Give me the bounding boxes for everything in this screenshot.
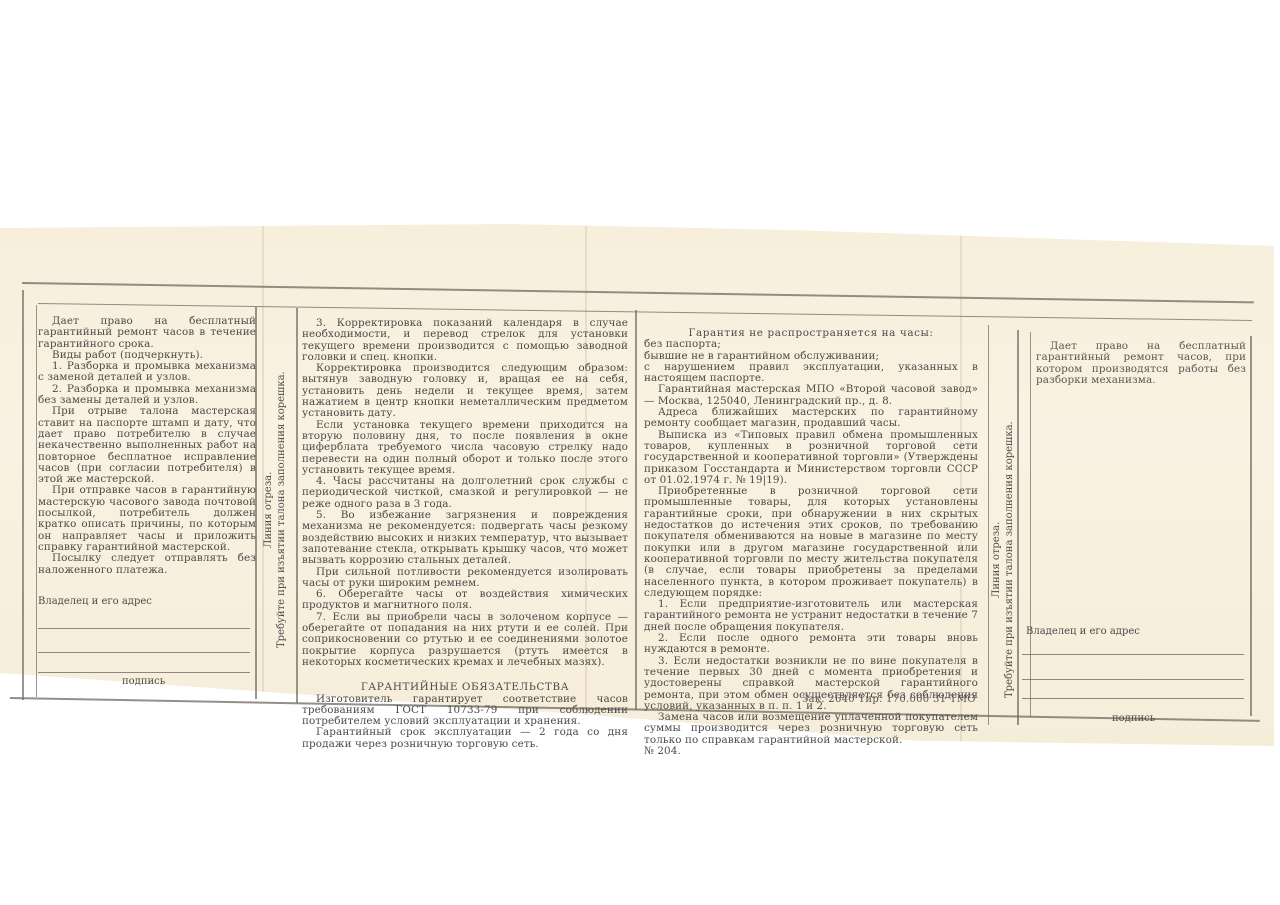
cut-line-left: Линия отреза. Требуйте при изъятии талон… (262, 330, 288, 690)
panel-left-border (36, 305, 37, 697)
panel-right-border (988, 325, 989, 725)
guarantee-period: Гарантийный срок эксплуатации — 2 года с… (302, 727, 628, 750)
parcel-payment-paragraph: Посылку следует отправлять без наложенно… (38, 553, 256, 576)
left-edge-line (22, 290, 24, 700)
exclusion-item: с нарушением правил эксплуатации, указан… (644, 362, 978, 385)
time-setting-note: Если установка текущего времени приходит… (302, 420, 628, 476)
nearest-workshops: Адреса ближайших мастерских по гарантийн… (644, 407, 978, 430)
owner-address-line (38, 652, 250, 653)
coupon-no-disassembly-text: Дает право на бесплатный гарантийный рем… (1036, 341, 1246, 386)
owner-address-line (1022, 654, 1244, 655)
panel-far-right-border (1030, 332, 1031, 717)
cut-line-right: Линия отреза. Требуйте при изъятии талон… (990, 400, 1016, 720)
panel-middle-right-border (635, 310, 637, 710)
instruction-7: 7. Если вы приобрели часы в золоченом ко… (302, 612, 628, 668)
guarantee-gost: Изготовитель гарантирует соответствие ча… (302, 694, 628, 728)
exchange-condition-1: 1. Если предприятие-изготовитель или мас… (644, 599, 978, 633)
instruction-6: 6. Оберегайте часы от воздействия химиче… (302, 589, 628, 612)
cut-line-label: Линия отреза. (990, 400, 1003, 720)
cut-line-right-border (1017, 330, 1019, 725)
exchange-condition-2: 2. Если после одного ремонта эти товары … (644, 633, 978, 656)
exchange-rules-body: Приобретенные в розничной торговой сети … (644, 486, 978, 599)
owner-address-line (38, 628, 250, 629)
panel-far-right-text: Дает право на бесплатный гарантийный рем… (1036, 341, 1246, 386)
owner-address-label: Владелец и его адрес (38, 596, 152, 607)
panel-left-text: Дает право на бесплатный гарантийный рем… (38, 316, 256, 576)
owner-address-line (1022, 679, 1244, 680)
coupon-right-text: Дает право на бесплатный гарантийный рем… (38, 316, 256, 350)
sweating-note: При сильной потливости рекомендуется изо… (302, 567, 628, 590)
instruction-5: 5. Во избежание загрязнения и повреждени… (302, 510, 628, 566)
signature-line (1022, 698, 1244, 699)
service-address: Гарантийная мастерская МПО «Второй часов… (644, 384, 978, 407)
order-number: № 204. (644, 746, 978, 757)
work-type-1: 1. Разборка и промывка механизма с замен… (38, 361, 256, 384)
panel-middle-border (296, 308, 298, 703)
cut-line-instruction: Требуйте при изъятии талона заполнения к… (1003, 400, 1016, 720)
guarantee-heading: ГАРАНТИЙНЫЕ ОБЯЗАТЕЛЬСТВА (302, 682, 628, 693)
print-info: Зак. 2640 Тир. 170.000 31 ТМО (802, 694, 976, 705)
coupon-tear-paragraph: При отрыве талона мастерская ставит на п… (38, 406, 256, 485)
calendar-correction: Корректировка производится следующим обр… (302, 363, 628, 419)
signature-line (38, 672, 250, 673)
panel-right-text: Гарантия не распространяется на часы: бе… (644, 328, 978, 757)
instruction-3: 3. Корректировка показаний календаря в с… (302, 318, 628, 363)
mail-shipment-paragraph: При отправке часов в гарантийную мастерс… (38, 485, 256, 553)
work-type-2: 2. Разборка и промывка механизма без зам… (38, 384, 256, 407)
exchange-rules-excerpt: Выписка из «Типовых правил обмена промыш… (644, 430, 978, 486)
signature-label: подпись (1112, 713, 1155, 724)
exclusion-item: без паспорта; (644, 339, 978, 350)
cut-line-instruction: Требуйте при изъятии талона заполнения к… (275, 330, 288, 690)
panel-far-right-edge (1250, 336, 1252, 716)
instruction-4: 4. Часы рассчитаны на долголетний срок с… (302, 476, 628, 510)
cut-line-label: Линия отреза. (262, 330, 275, 690)
signature-label: подпись (122, 676, 165, 687)
panel-middle-text: 3. Корректировка показаний календаря в с… (302, 318, 628, 750)
owner-address-label: Владелец и его адрес (1026, 626, 1140, 637)
replacement-note: Замена часов или возмещение уплаченной п… (644, 712, 978, 746)
